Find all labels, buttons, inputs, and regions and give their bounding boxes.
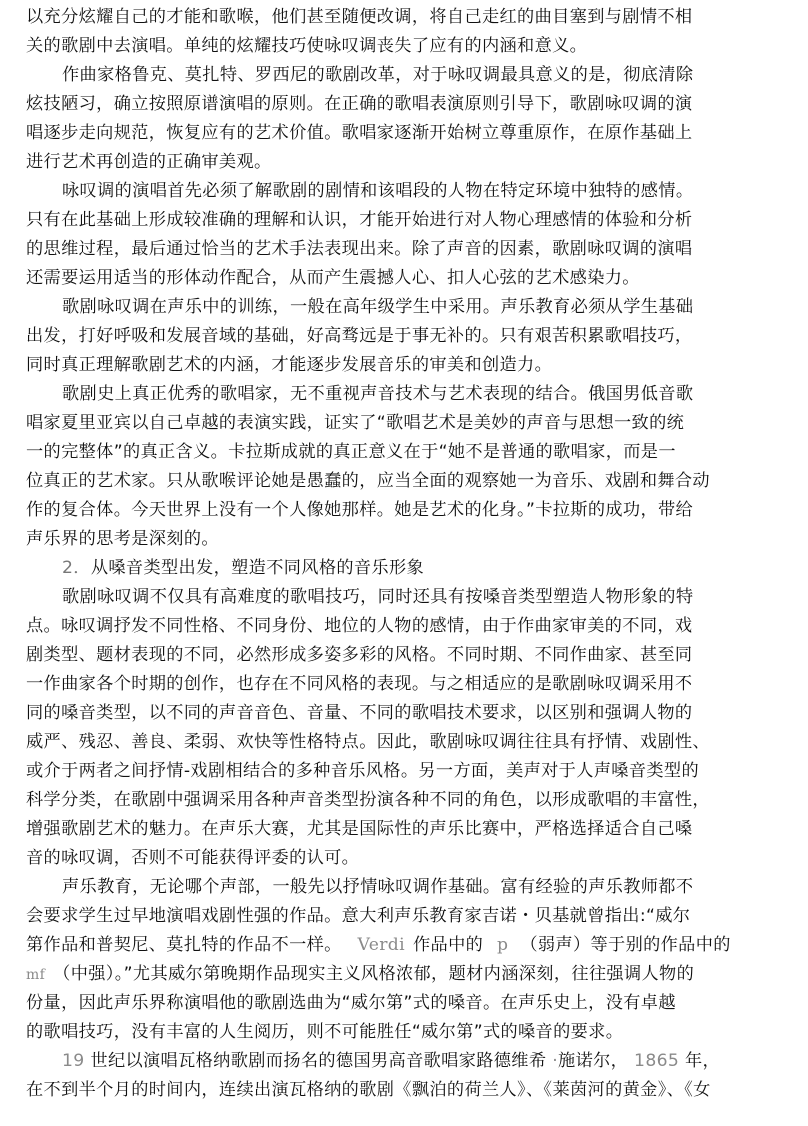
- term-piano: p: [497, 935, 508, 955]
- text-line: 出发，打好呼吸和发展音域的基础，好高骛远是于事无补的。只有艰苦积累歌唱技巧，: [26, 322, 770, 351]
- text-segment: （弱声）等于别的作品中的: [520, 935, 730, 955]
- heading-text: 从嗓音类型出发，塑造不同风格的音乐形象: [91, 558, 424, 578]
- century-number: 19: [62, 1051, 85, 1071]
- text-line: 科学分类，在歌剧中强调采用各种声音类型扮演各种不同的角色，以形成歌唱的丰富性，: [26, 786, 770, 815]
- text-line: 作曲家格鲁克、莫扎特、罗西尼的歌剧改革，对于咏叹调最具意义的是，彻底清除: [26, 61, 770, 90]
- text-line: 一作曲家各个时期的创作，也存在不同风格的表现。与之相适应的是歌剧咏叹调采用不: [26, 670, 770, 699]
- text-line: 炫技陋习，确立按照原谱演唱的原则。在正确的歌唱表演原则引导下，歌剧咏叹调的演: [26, 90, 770, 119]
- paragraph-block-3: 份量，因此声乐界称演唱他的歌剧选曲为“威尔第”式的嗓音。在声乐史上，没有卓越的歌…: [26, 989, 770, 1047]
- text-line: 份量，因此声乐界称演唱他的歌剧选曲为“威尔第”式的嗓音。在声乐史上，没有卓越: [26, 989, 770, 1018]
- text-line: 进行艺术再创造的正确审美观。: [26, 148, 770, 177]
- text-line: 声乐界的思考是深刻的。: [26, 525, 770, 554]
- text-line-last: 在不到半个月的时间内，连续出演瓦格纳的歌剧《飘泊的荷兰人》、《莱茵河的黄金》、《…: [26, 1076, 770, 1105]
- text-line: 一的完整体”的真正含义。卡拉斯成就的真正意义在于“她不是普通的歌唱家，而是一: [26, 438, 770, 467]
- text-line: 的歌唱技巧，没有丰富的人生阅历，则不可能胜任“威尔第”式的嗓音的要求。: [26, 1018, 770, 1047]
- text-line-schnorr: 19 世纪以演唱瓦格纳歌剧而扬名的德国男高音歌唱家路德维希 ·施诺尔， 1865…: [26, 1047, 770, 1076]
- text-line: 或介于两者之间抒情-戏剧相结合的多种音乐风格。另一方面，美声对于人声嗓音类型的: [26, 757, 770, 786]
- text-segment: 世纪以演唱瓦格纳歌剧而扬名的德国男高音歌唱家路德维希: [90, 1051, 546, 1071]
- text-line: 音的咏叹调，否则不可能获得评委的认可。: [26, 844, 770, 873]
- text-line: 声乐教育，无论哪个声部，一般先以抒情咏叹调作基础。富有经验的声乐教师都不: [26, 873, 770, 902]
- text-segment: 第作品和普契尼、莫扎特的作品不一样。: [26, 935, 342, 955]
- term-verdi: Verdi: [358, 935, 405, 955]
- text-line: 会要求学生过早地演唱戏剧性强的作品。意大利声乐教育家吉诺・贝基就曾指出:“威尔: [26, 902, 770, 931]
- text-line: 作的复合体。今天世界上没有一个人像她那样。她是艺术的化身。”卡拉斯的成功，带给: [26, 496, 770, 525]
- text-line: 位真正的艺术家。只从歌喉评论她是愚蠢的，应当全面的观察她一为音乐、戏剧和舞合动: [26, 467, 770, 496]
- text-line: 歌剧咏叹调在声乐中的训练，一般在高年级学生中采用。声乐教育必须从学生基础: [26, 293, 770, 322]
- text-line: 威严、残忍、善良、柔弱、欢快等性格特点。因此，歌剧咏叹调往往具有抒情、戏剧性、: [26, 728, 770, 757]
- text-line: 的思维过程，最后通过恰当的艺术手法表现出来。除了声音的因素，歌剧咏叹调的演唱: [26, 235, 770, 264]
- text-line: 以充分炫耀自己的才能和歌喉，他们甚至随便改调，将自己走红的曲目塞到与剧情不相: [26, 3, 770, 32]
- year-number: 1865: [634, 1051, 679, 1071]
- text-line: 歌剧咏叹调不仅具有高难度的歌唱技巧，同时还具有按嗓音类型塑造人物形象的特: [26, 583, 770, 612]
- term-mezzo-forte: mf: [26, 967, 45, 983]
- document-page: 以充分炫耀自己的才能和歌喉，他们甚至随便改调，将自己走红的曲目塞到与剧情不相关的…: [26, 3, 770, 1105]
- text-line: 只有在此基础上形成较准确的理解和认识，才能开始进行对人物心理感情的体验和分析: [26, 206, 770, 235]
- text-line: 咏叹调的演唱首先必须了解歌剧的剧情和该唱段的人物在特定环境中独特的感情。: [26, 177, 770, 206]
- text-line: 关的歌剧中去演唱。单纯的炫耀技巧使咏叹调丧失了应有的内涵和意义。: [26, 32, 770, 61]
- text-line: 增强歌剧艺术的魅力。在声乐大赛，尤其是国际性的声乐比赛中，严格选择适合自己嗓: [26, 815, 770, 844]
- text-segment: （中强）。”尤其威尔第晚期作品现实主义风格浓郁，题材内涵深刻，往往强调人物的: [53, 964, 694, 984]
- text-segment: 年，: [685, 1051, 720, 1071]
- paragraph-block-1: 以充分炫耀自己的才能和歌喉，他们甚至随便改调，将自己走红的曲目塞到与剧情不相关的…: [26, 3, 770, 554]
- text-segment: 作品中的: [413, 935, 483, 955]
- paragraph-block-2: 歌剧咏叹调不仅具有高难度的歌唱技巧，同时还具有按嗓音类型塑造人物形象的特点。咏叹…: [26, 583, 770, 931]
- text-line: 同的嗓音类型，以不同的声音音色、音量、不同的歌唱技术要求，以区别和强调人物的: [26, 699, 770, 728]
- text-line: 唱家夏里亚宾以自己卓越的表演实践，证实了“歌唱艺术是美妙的声音与思想一致的统: [26, 409, 770, 438]
- text-segment: 施诺尔，: [558, 1051, 628, 1071]
- text-line-verdi: 第作品和普契尼、莫扎特的作品不一样。 Verdi作品中的 p（弱声）等于别的作品…: [26, 931, 770, 960]
- text-line-mf: mf（中强）。”尤其威尔第晚期作品现实主义风格浓郁，题材内涵深刻，往往强调人物的: [26, 960, 770, 989]
- text-line: 同时真正理解歌剧艺术的内涵，才能逐步发展音乐的审美和创造力。: [26, 351, 770, 380]
- text-line: 歌剧史上真正优秀的歌唱家，无不重视声音技术与艺术表现的结合。俄国男低音歌: [26, 380, 770, 409]
- text-line: 点。咏叹调抒发不同性格、不同身份、地位的人物的感情，由于作曲家审美的不同，戏: [26, 612, 770, 641]
- section-heading: 2．从嗓音类型出发，塑造不同风格的音乐形象: [26, 554, 770, 583]
- text-line: 唱逐步走向规范，恢复应有的艺术价值。歌唱家逐渐开始树立尊重原作，在原作基础上: [26, 119, 770, 148]
- text-line: 剧类型、题材表现的不同，必然形成多姿多彩的风格。不同时期、不同作曲家、甚至同: [26, 641, 770, 670]
- heading-number: 2．: [62, 558, 91, 578]
- text-line: 还需要运用适当的形体动作配合，从而产生震撼人心、扣人心弦的艺术感染力。: [26, 264, 770, 293]
